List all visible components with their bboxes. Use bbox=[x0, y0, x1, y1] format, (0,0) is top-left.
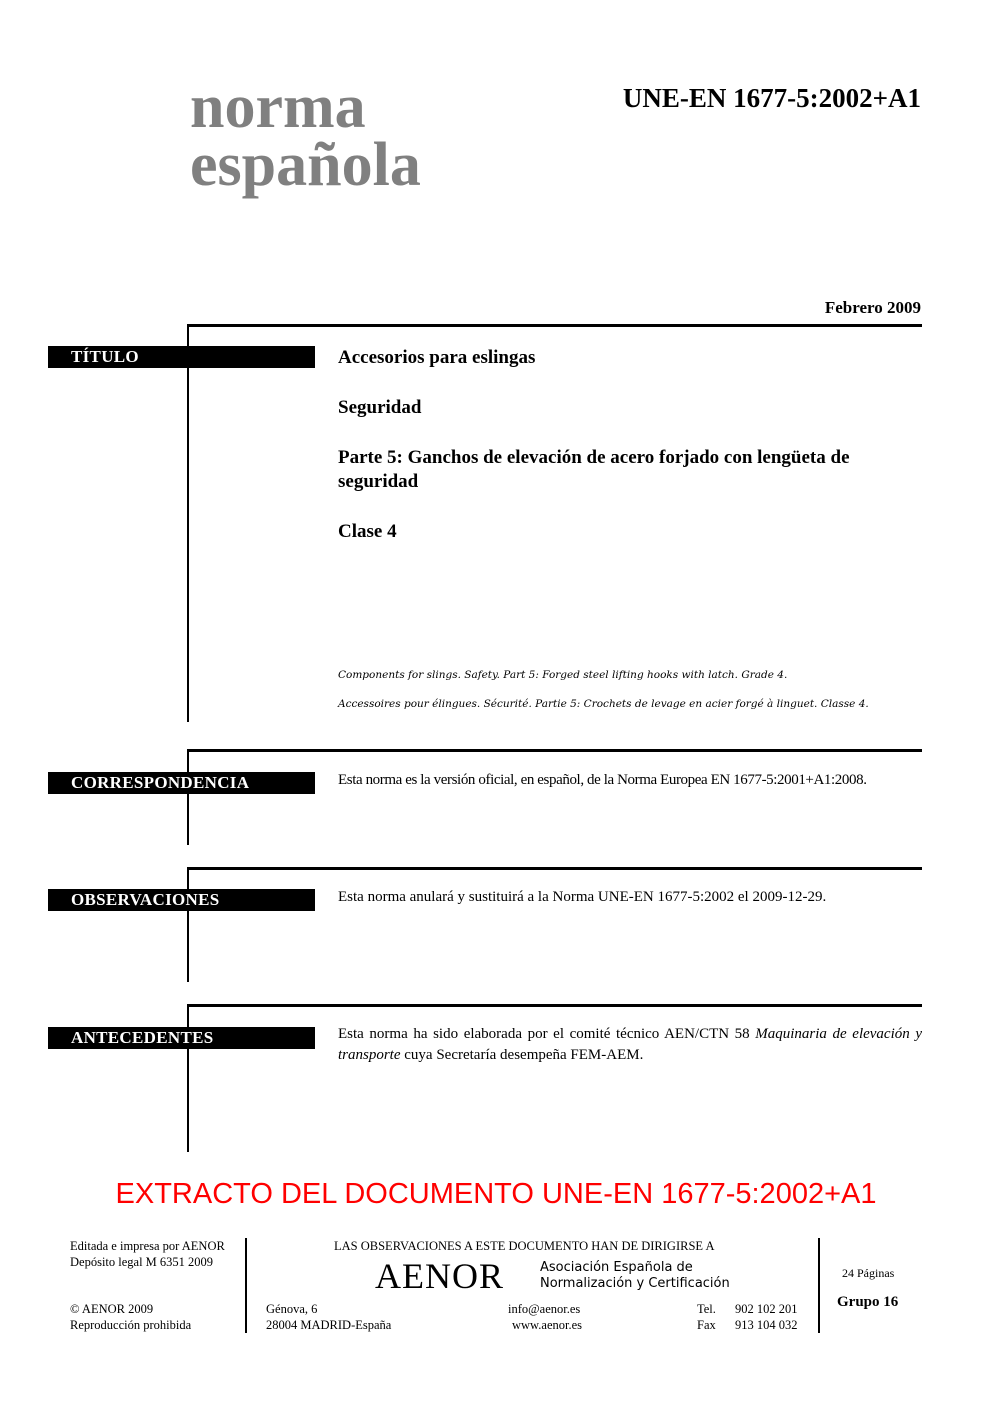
brand-line-2: española bbox=[190, 136, 421, 194]
section-divider-observaciones bbox=[187, 867, 922, 870]
label-observaciones: OBSERVACIONES bbox=[48, 889, 315, 911]
fax-label: Fax bbox=[697, 1317, 735, 1333]
tel-label: Tel. bbox=[697, 1301, 735, 1317]
footer-divider-right bbox=[818, 1238, 820, 1333]
footer-copyright: © AENOR 2009 Reproducción prohibida bbox=[70, 1301, 191, 1333]
aenor-logo: AENOR bbox=[375, 1258, 504, 1294]
title-french: Accessoires pour élingues. Sécurité. Par… bbox=[338, 698, 922, 710]
address-street: Génova, 6 bbox=[266, 1301, 391, 1317]
section-rule-observaciones bbox=[187, 867, 189, 982]
page-count: 24 Páginas bbox=[842, 1265, 894, 1281]
legal-deposit: Depósito legal M 6351 2009 bbox=[70, 1254, 225, 1270]
tel-number: 902 102 201 bbox=[735, 1302, 798, 1316]
label-correspondencia: CORRESPONDENCIA bbox=[48, 772, 315, 794]
standard-code: UNE-EN 1677-5:2002+A1 bbox=[623, 83, 921, 113]
org-name-line-2: Normalización y Certificación bbox=[540, 1276, 730, 1292]
title-line-2: Seguridad bbox=[338, 396, 922, 420]
publication-date: Febrero 2009 bbox=[825, 298, 921, 318]
footer-contact-web: info@aenor.es www.aenor.es bbox=[508, 1301, 582, 1333]
correspondencia-text: Esta norma es la versión oficial, en esp… bbox=[338, 770, 922, 791]
address-city: 28004 MADRID-España bbox=[266, 1317, 391, 1333]
footer-phone: Tel.902 102 201 Fax913 104 032 bbox=[697, 1301, 798, 1333]
title-block: Accesorios para eslingas bbox=[338, 346, 922, 370]
title-line-3: Parte 5: Ganchos de elevación de acero f… bbox=[338, 446, 922, 494]
copyright: © AENOR 2009 bbox=[70, 1301, 191, 1317]
antecedentes-text-start: Esta norma ha sido elaborada por el comi… bbox=[338, 1026, 755, 1042]
brand-title: norma española bbox=[190, 78, 421, 194]
website-link[interactable]: www.aenor.es bbox=[508, 1317, 582, 1333]
footer-publisher: Editada e impresa por AENOR Depósito leg… bbox=[70, 1238, 225, 1270]
section-divider-correspondencia bbox=[187, 749, 922, 752]
title-english: Components for slings. Safety. Part 5: F… bbox=[338, 669, 922, 681]
footer-divider-left bbox=[245, 1238, 247, 1333]
antecedentes-text: Esta norma ha sido elaborada por el comi… bbox=[338, 1024, 922, 1066]
title-line-1: Accesorios para eslingas bbox=[338, 346, 922, 370]
price-group: Grupo 16 bbox=[837, 1294, 898, 1311]
brand-line-1: norma bbox=[190, 78, 421, 136]
edited-by: Editada e impresa por AENOR bbox=[70, 1238, 225, 1254]
section-divider-titulo bbox=[187, 324, 922, 327]
section-divider-antecedentes bbox=[187, 1004, 922, 1007]
footer-address: Génova, 6 28004 MADRID-España bbox=[266, 1301, 391, 1333]
fax-number: 913 104 032 bbox=[735, 1318, 798, 1332]
label-titulo: TÍTULO bbox=[48, 346, 315, 368]
section-rule-correspondencia bbox=[187, 749, 189, 845]
aenor-full-name: Asociación Española de Normalización y C… bbox=[540, 1260, 730, 1292]
label-antecedentes: ANTECEDENTES bbox=[48, 1027, 315, 1049]
reproduction-notice: Reproducción prohibida bbox=[70, 1317, 191, 1333]
title-line-4: Clase 4 bbox=[338, 520, 922, 544]
observaciones-text: Esta norma anulará y sustituirá a la Nor… bbox=[338, 887, 922, 908]
section-rule-titulo bbox=[187, 324, 189, 722]
antecedentes-text-end: cuya Secretaría desempeña FEM-AEM. bbox=[401, 1047, 644, 1063]
org-name-line-1: Asociación Española de bbox=[540, 1260, 730, 1276]
email-link[interactable]: info@aenor.es bbox=[508, 1301, 582, 1317]
observations-notice: LAS OBSERVACIONES A ESTE DOCUMENTO HAN D… bbox=[334, 1238, 715, 1254]
extract-watermark: EXTRACTO DEL DOCUMENTO UNE-EN 1677-5:200… bbox=[0, 1176, 992, 1212]
